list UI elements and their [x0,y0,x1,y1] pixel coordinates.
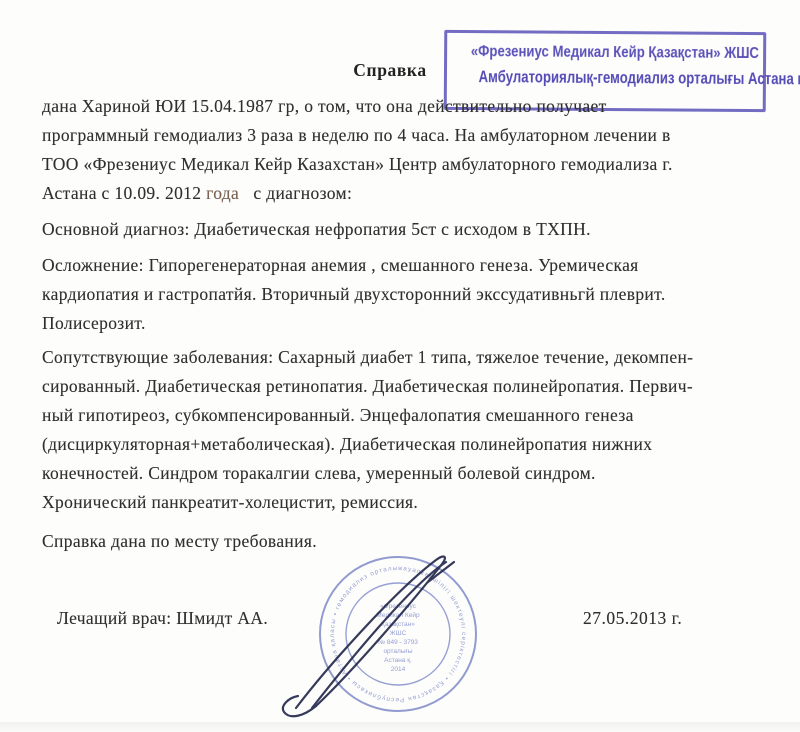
text-line: ный гипотиреоз, субкомпенсированный. Энц… [42,401,762,430]
paragraph-main-diagnosis: Основной диагноз: Диабетическая нефропат… [42,215,762,244]
paragraph-intro-last-line: Астана с 10.09. 2012 года с диагнозом: [42,179,762,208]
paragraph-complications: Осложнение: Гипорегенераторная анемия , … [42,251,762,338]
text-fragment: с диагнозом: [239,183,352,203]
scanned-certificate-page: Справка «Фрезениус Медикал Кейр Қазақста… [0,0,800,732]
text-line: конечностей. Синдром торакалгии слева, у… [42,459,762,488]
text-line: Осложнение: Гипорегенераторная анемия , … [42,251,762,280]
text-line: ТОО «Фрезениус Медикал Кейр Казахстан» Ц… [42,150,762,179]
scan-artifact-band [0,722,800,732]
doctor-signature [268,548,468,718]
text-line: дана Хариной ЮИ 15.04.1987 гр, о том, чт… [42,92,762,121]
stamp-org-subtitle: Амбулаториялық-гемодиализ орталығы Астан… [478,68,731,89]
document-date: 27.05.2013 г. [583,608,682,629]
attending-doctor-line: Лечащий врач: Шмидт АА. [57,608,268,629]
text-line: Основной диагноз: Диабетическая нефропат… [42,215,762,244]
stamp-org-name: «Фрезениус Медикал Кейр Қазақстан» ЖШС [471,43,740,63]
text-line: кардиопатия и гастропатйя. Вторичный дву… [42,280,762,309]
text-fragment-goda: года [206,183,239,203]
text-line: программный гемодиализ 3 раза в неделю п… [42,121,762,150]
text-line: (дисциркуляторная+метаболическая). Диабе… [42,430,762,459]
text-line: Сопутствующие заболевания: Сахарный диаб… [42,343,762,372]
paragraph-intro: дана Хариной ЮИ 15.04.1987 гр, о том, чт… [42,92,762,179]
text-fragment: Астана с 10.09. 2012 [42,183,206,203]
text-line: Полисерозит. [42,309,762,338]
text-line: сированный. Диабетическая ретинопатия. Д… [42,372,762,401]
text-line: Хронический панкреатит-холецистит, ремис… [42,488,762,517]
paragraph-concomitant-diseases: Сопутствующие заболевания: Сахарный диаб… [42,343,762,517]
